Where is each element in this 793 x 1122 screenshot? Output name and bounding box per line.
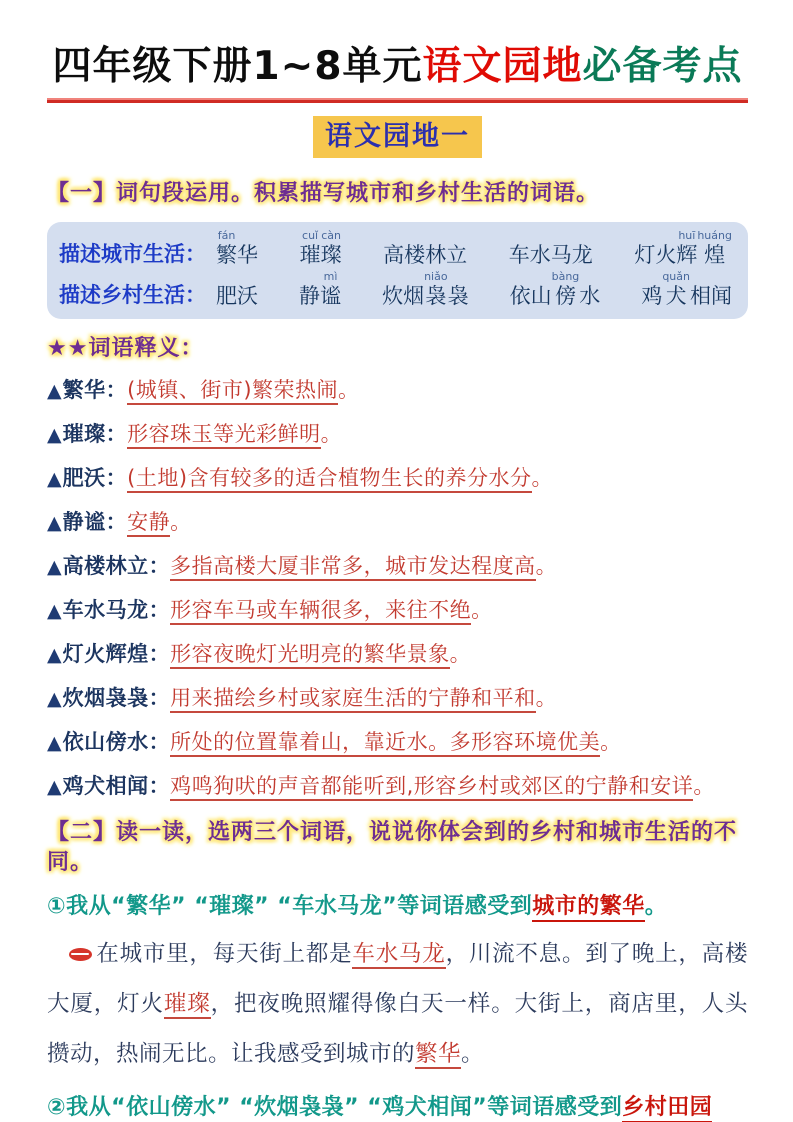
char-with-pinyin: 鸡: [641, 270, 662, 310]
char-with-pinyin: 炊: [382, 270, 403, 310]
hanzi-char: 辉: [676, 242, 697, 269]
definition-item: ▲车水马龙：形容车马或车辆很多，来往不绝。: [47, 597, 748, 625]
definition-period: 。: [536, 686, 557, 710]
hanzi-char: 楼: [404, 242, 425, 269]
definition-item: ▲肥沃：(土地)含有较多的适合植物生长的养分水分。: [47, 465, 748, 493]
definition-term: 鸡犬相闻：: [63, 774, 171, 798]
hanzi-char: 袅: [448, 283, 469, 310]
text-segment: ②我从“依山傍水” “炊烟袅袅” “鸡犬相闻”等词语感受到: [47, 1095, 622, 1120]
triangle-bullet-icon: ▲: [47, 512, 62, 534]
hanzi-char: 车: [509, 242, 530, 269]
text-segment: 繁华: [415, 1041, 461, 1069]
hanzi-char: 龙: [572, 242, 593, 269]
hanzi-char: 依: [510, 283, 531, 310]
char-with-pinyin: 马: [551, 229, 572, 269]
definition-term: 璀璨：: [63, 422, 128, 446]
pinyin-label: [559, 229, 563, 242]
example-paragraph: 在城市里，每天街上都是车水马龙，川流不息。到了晚上，高楼大厦，灯火璀璨，把夜晚照…: [47, 929, 748, 1079]
pinyin-label: [643, 229, 647, 242]
triangle-bullet-icon: ▲: [47, 600, 62, 622]
char-with-pinyin: 静: [299, 270, 320, 310]
hanzi-char: 肥: [216, 283, 237, 310]
char-with-pinyin: 高: [383, 229, 404, 269]
answer2-line: ②我从“依山傍水” “炊烟袅袅” “鸡犬相闻”等词语感受到乡村田园: [47, 1092, 748, 1122]
triangle-bullet-icon: ▲: [47, 732, 62, 754]
title-part-green: 必备考点: [582, 44, 742, 89]
hanzi-char: 犬: [666, 283, 687, 310]
char-with-pinyin: 林: [425, 229, 446, 269]
section1-heading: 【一】词句段运用。积累描写城市和乡村生活的词语。: [47, 179, 748, 209]
definitions-list: ▲繁华：(城镇、街市)繁荣热闹。▲璀璨：形容珠玉等光彩鲜明。▲肥沃：(土地)含有…: [47, 377, 748, 801]
char-with-pinyin: 依: [510, 270, 531, 310]
pinyin-label: [246, 229, 250, 242]
definition-period: 。: [170, 510, 191, 534]
pinyin-label: [412, 270, 416, 283]
text-segment: 。: [645, 894, 668, 919]
vocabulary-table: 描述城市生活：fán繁 华cuǐ璀càn璨 高 楼 林 立 车 水 马 龙 灯 …: [47, 222, 748, 319]
pinyin-label: [538, 229, 542, 242]
definition-term: 繁华：: [63, 378, 128, 402]
char-with-pinyin: cuǐ璀: [300, 229, 321, 269]
pinyin-label: [455, 229, 459, 242]
gloss-heading: ★★词语释义：: [47, 334, 748, 364]
hanzi-char: 山: [531, 283, 552, 310]
definition-period: 。: [693, 774, 714, 798]
worksheet-page: 四年级下册1~8单元语文园地必备考点 语文园地一 【一】词句段运用。积累描写城市…: [0, 0, 793, 1122]
char-with-pinyin: 水: [530, 229, 551, 269]
definition-text: 形容夜晚灯光明亮的繁华景象: [170, 642, 450, 669]
pinyin-label: [434, 229, 438, 242]
pinyin-label: càn: [321, 229, 341, 242]
pinyin-label: [518, 270, 522, 283]
hanzi-char: 马: [551, 242, 572, 269]
definition-item: ▲璀璨：形容珠玉等光彩鲜明。: [47, 421, 748, 449]
definition-text: 所处的位置靠着山，靠近水。多形容环境优美: [170, 730, 600, 757]
hanzi-char: 炊: [382, 283, 403, 310]
char-with-pinyin: 华: [237, 229, 258, 269]
pinyin-label: [539, 270, 543, 283]
vocab-word: 鸡quǎn犬 相 闻: [641, 270, 732, 310]
subtitle-wrap: 语文园地一: [47, 116, 748, 158]
vocab-word: 车 水 马 龙: [509, 229, 593, 269]
char-with-pinyin: 袅: [448, 270, 469, 310]
vocab-word: 静mì谧: [299, 270, 341, 310]
char-with-pinyin: 相: [690, 270, 711, 310]
hanzi-char: 璀: [300, 242, 321, 269]
definition-item: ▲炊烟袅袅：用来描绘乡村或家庭生活的宁静和平和。: [47, 685, 748, 713]
char-with-pinyin: fán繁: [216, 229, 237, 269]
definition-text: 多指高楼大厦非常多，城市发达程度高: [170, 554, 536, 581]
definition-period: 。: [321, 422, 342, 446]
hanzi-char: 繁: [216, 242, 237, 269]
definition-period: 。: [600, 730, 621, 754]
lips-icon: [69, 948, 92, 961]
hanzi-char: 谧: [320, 283, 341, 310]
hanzi-char: 璨: [321, 242, 342, 269]
definition-term: 高楼林立：: [63, 554, 171, 578]
word-list: fán繁 华cuǐ璀càn璨 高 楼 林 立 车 水 马 龙 灯 火huī辉hu…: [216, 229, 732, 269]
hanzi-char: 煌: [704, 242, 725, 269]
triangle-bullet-icon: ▲: [47, 776, 62, 798]
pinyin-label: [246, 270, 250, 283]
vocab-word: cuǐ璀càn璨: [300, 229, 342, 269]
definition-text: 形容车马或车辆很多，来往不绝: [170, 598, 471, 625]
definition-period: 。: [471, 598, 492, 622]
definition-term: 车水马龙：: [63, 598, 171, 622]
hanzi-char: 林: [425, 242, 446, 269]
char-with-pinyin: quǎn犬: [662, 270, 690, 310]
definition-item: ▲依山傍水：所处的位置靠着山，靠近水。多形容环境优美。: [47, 729, 748, 757]
char-with-pinyin: 楼: [404, 229, 425, 269]
hanzi-char: 水: [530, 242, 551, 269]
text-segment: 璀璨: [164, 991, 211, 1019]
char-with-pinyin: 车: [509, 229, 530, 269]
hanzi-char: 华: [237, 242, 258, 269]
char-with-pinyin: huī辉: [676, 229, 697, 269]
hanzi-char: 静: [299, 283, 320, 310]
pinyin-label: niǎo: [424, 270, 448, 283]
hanzi-char: 傍: [555, 283, 576, 310]
definition-term: 肥沃：: [63, 466, 128, 490]
vocab-word: 高 楼 林 立: [383, 229, 467, 269]
definition-item: ▲高楼林立：多指高楼大厦非常多，城市发达程度高。: [47, 553, 748, 581]
pinyin-label: huī: [678, 229, 695, 242]
pinyin-label: [650, 270, 654, 283]
definition-text: (土地)含有较多的适合植物生长的养分水分: [127, 466, 531, 493]
title-underline-rule: [47, 98, 748, 103]
triangle-bullet-icon: ▲: [47, 468, 62, 490]
hanzi-char: 水: [579, 283, 600, 310]
pinyin-label: [392, 229, 396, 242]
text-segment: ①我从“繁华” “璀璨” “车水马龙”等词语感受到: [47, 894, 532, 919]
hanzi-char: 袅: [425, 283, 446, 310]
triangle-bullet-icon: ▲: [47, 688, 62, 710]
pinyin-label: [456, 270, 460, 283]
vocab-word: 肥 沃: [216, 270, 258, 310]
definition-period: 。: [536, 554, 557, 578]
word-list: 肥 沃 静mì谧 炊 烟niǎo袅 袅 依 山bàng傍 水 鸡quǎn犬 相 …: [216, 270, 732, 310]
char-with-pinyin: 肥: [216, 270, 237, 310]
text-segment: 。: [461, 1041, 484, 1067]
definition-text: 鸡鸣狗吠的声音都能听到,形容乡村或郊区的宁静和安详: [170, 774, 693, 801]
char-with-pinyin: 闻: [711, 270, 732, 310]
definition-item: ▲灯火辉煌：形容夜晚灯光明亮的繁华景象。: [47, 641, 748, 669]
hanzi-char: 沃: [237, 283, 258, 310]
pinyin-label: bàng: [552, 270, 580, 283]
hanzi-char: 鸡: [641, 283, 662, 310]
hanzi-char: 相: [690, 283, 711, 310]
char-with-pinyin: mì谧: [320, 270, 341, 310]
char-with-pinyin: 龙: [572, 229, 593, 269]
char-with-pinyin: 烟: [403, 270, 424, 310]
pinyin-label: [308, 270, 312, 283]
section2-heading: 【二】读一读，选两三个词语，说说你体会到的乡村和城市生活的不同。: [47, 818, 748, 878]
pinyin-label: [699, 270, 703, 283]
char-with-pinyin: 山: [531, 270, 552, 310]
definition-period: 。: [338, 378, 359, 402]
definition-item: ▲繁华：(城镇、街市)繁荣热闹。: [47, 377, 748, 405]
definition-item: ▲静谧：安静。: [47, 509, 748, 537]
pinyin-label: quǎn: [662, 270, 690, 283]
vocab-word: 灯 火huī辉huáng煌: [634, 229, 732, 269]
vocab-word: 依 山bàng傍 水: [510, 270, 601, 310]
title-part-red: 语文园地: [422, 44, 582, 89]
example-paragraph-text: 在城市里，每天街上都是车水马龙，川流不息。到了晚上，高楼大厦，灯火璀璨，把夜晚照…: [47, 941, 748, 1069]
pinyin-label: [391, 270, 395, 283]
definition-term: 灯火辉煌：: [63, 642, 171, 666]
vocab-word: fán繁 华: [216, 229, 258, 269]
title-part-black: 四年级下册1~8单元: [53, 44, 423, 89]
pinyin-label: huáng: [697, 229, 732, 242]
definition-item: ▲鸡犬相闻：鸡鸣狗吠的声音都能听到,形容乡村或郊区的宁静和安详。: [47, 773, 748, 801]
hanzi-char: 火: [655, 242, 676, 269]
hanzi-char: 立: [446, 242, 467, 269]
text-segment: 乡村田园: [622, 1095, 712, 1122]
triangle-bullet-icon: ▲: [47, 424, 62, 446]
definition-term: 依山傍水：: [63, 730, 171, 754]
row-label: 描述城市生活：: [59, 241, 206, 269]
definition-term: 静谧：: [63, 510, 128, 534]
pinyin-label: [588, 270, 592, 283]
char-with-pinyin: 立: [446, 229, 467, 269]
char-with-pinyin: 沃: [237, 270, 258, 310]
page-title: 四年级下册1~8单元语文园地必备考点: [47, 40, 748, 94]
triangle-bullet-icon: ▲: [47, 556, 62, 578]
definition-period: 。: [450, 642, 471, 666]
definition-text: (城镇、街市)繁荣热闹: [127, 378, 338, 405]
pinyin-label: fán: [218, 229, 236, 242]
char-with-pinyin: 灯: [634, 229, 655, 269]
char-with-pinyin: bàng傍: [552, 270, 580, 310]
triangle-bullet-icon: ▲: [47, 644, 62, 666]
pinyin-label: [225, 270, 229, 283]
pinyin-label: mì: [324, 270, 338, 283]
vocab-word: 炊 烟niǎo袅 袅: [382, 270, 469, 310]
char-with-pinyin: càn璨: [321, 229, 342, 269]
char-with-pinyin: 水: [579, 270, 600, 310]
hanzi-char: 闻: [711, 283, 732, 310]
word-table-row: 描述城市生活：fán繁 华cuǐ璀càn璨 高 楼 林 立 车 水 马 龙 灯 …: [59, 229, 732, 269]
pinyin-label: [517, 229, 521, 242]
char-with-pinyin: huáng煌: [697, 229, 732, 269]
text-segment: 在城市里，每天街上都是: [96, 941, 352, 967]
text-segment: 城市的繁华: [532, 894, 645, 922]
pinyin-label: [580, 229, 584, 242]
triangle-bullet-icon: ▲: [47, 380, 62, 402]
definition-term: 炊烟袅袅：: [63, 686, 171, 710]
definition-text: 安静: [127, 510, 170, 537]
hanzi-char: 高: [383, 242, 404, 269]
row-label: 描述乡村生活：: [59, 282, 206, 310]
pinyin-label: [720, 270, 724, 283]
answer1-line: ①我从“繁华” “璀璨” “车水马龙”等词语感受到城市的繁华。: [47, 891, 748, 923]
definition-text: 用来描绘乡村或家庭生活的宁静和平和: [170, 686, 536, 713]
word-table-row: 描述乡村生活： 肥 沃 静mì谧 炊 烟niǎo袅 袅 依 山bàng傍 水 鸡…: [59, 270, 732, 310]
pinyin-label: cuǐ: [302, 229, 318, 242]
pinyin-label: [413, 229, 417, 242]
char-with-pinyin: niǎo袅: [424, 270, 448, 310]
definition-period: 。: [532, 466, 553, 490]
char-with-pinyin: 火: [655, 229, 676, 269]
text-segment: 车水马龙: [352, 941, 445, 969]
subtitle-badge: 语文园地一: [313, 116, 482, 158]
hanzi-char: 灯: [634, 242, 655, 269]
definition-text: 形容珠玉等光彩鲜明: [127, 422, 321, 449]
pinyin-label: [664, 229, 668, 242]
hanzi-char: 烟: [403, 283, 424, 310]
